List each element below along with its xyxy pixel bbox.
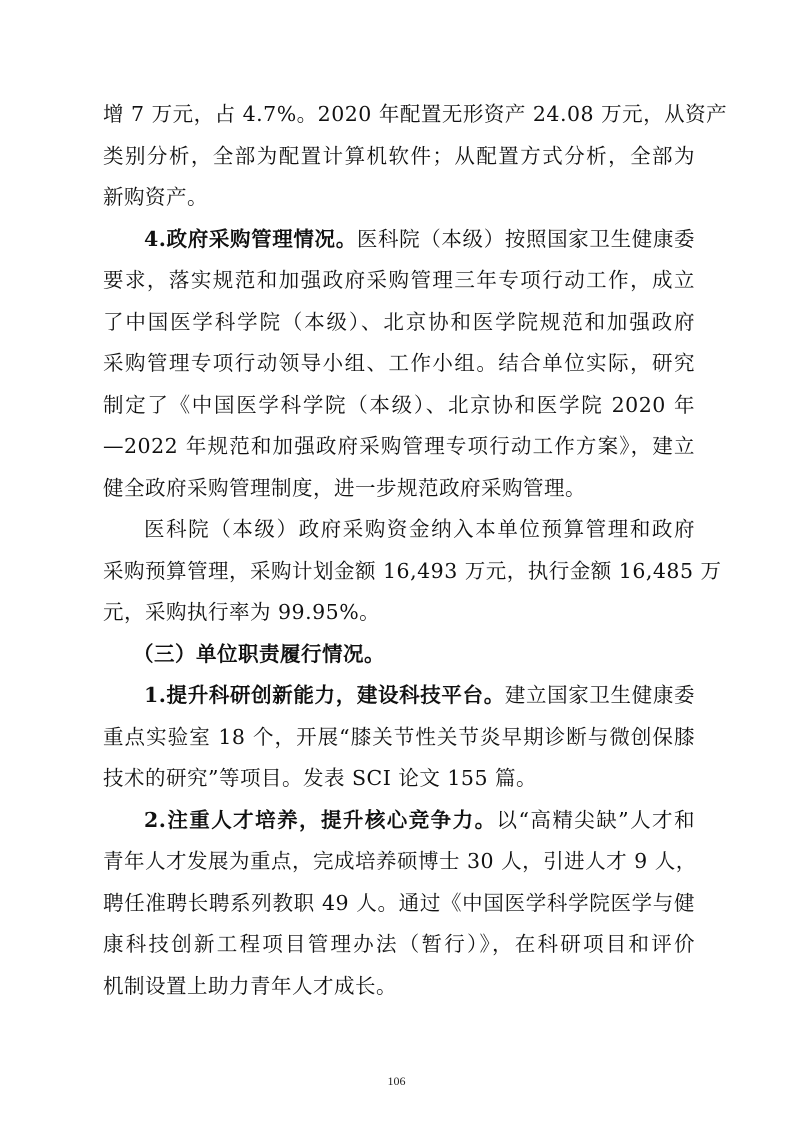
text-line: 增 7 万元，占 4.7%。2020 年配置无形资产 24.08 万元，从资产 <box>103 94 695 136</box>
text-line: 要求，落实规范和加强政府采购管理三年专项行动工作，成立 <box>103 260 695 302</box>
section-heading: （三）单位职责履行情况。 <box>103 634 695 676</box>
text-line: 元，采购执行率为 99.95%。 <box>103 592 695 634</box>
text-run: 建立国家卫生健康委 <box>505 683 695 707</box>
text-line: 采购预算管理，采购计划金额 16,493 万元，执行金额 16,485 万 <box>103 551 695 593</box>
text-line: 制定了《中国医学科学院（本级）、北京协和医学院 2020 年 <box>103 385 695 427</box>
text-run: 医科院（本级）按照国家卫生健康委 <box>357 227 695 251</box>
text-run: 以“高精尖缺”人才和 <box>497 808 695 832</box>
paragraph-heading: 2.注重人才培养，提升核心竞争力。 <box>144 808 497 832</box>
text-line: 2.注重人才培养，提升核心竞争力。以“高精尖缺”人才和 <box>103 800 695 842</box>
text-line: 类别分析，全部为配置计算机软件；从配置方式分析，全部为 <box>103 136 695 178</box>
text-line: 机制设置上助力青年人才成长。 <box>103 966 695 1008</box>
page-number: 106 <box>0 1074 793 1089</box>
paragraph-intangible-assets: 增 7 万元，占 4.7%。2020 年配置无形资产 24.08 万元，从资产 … <box>103 94 695 219</box>
text-line: 医科院（本级）政府采购资金纳入本单位预算管理和政府 <box>103 509 695 551</box>
text-line: 聘任准聘长聘系列教职 49 人。通过《中国医学科学院医学与健 <box>103 883 695 925</box>
text-line: —2022 年规范和加强政府采购管理专项行动工作方案》，建立 <box>103 426 695 468</box>
text-line: 新购资产。 <box>103 177 695 219</box>
text-line: 1.提升科研创新能力，建设科技平台。建立国家卫生健康委 <box>103 675 695 717</box>
paragraph-research-innovation: 1.提升科研创新能力，建设科技平台。建立国家卫生健康委 重点实验室 18 个，开… <box>103 675 695 800</box>
text-line: 了中国医学科学院（本级）、北京协和医学院规范和加强政府 <box>103 302 695 344</box>
text-line: 4.政府采购管理情况。医科院（本级）按照国家卫生健康委 <box>103 219 695 261</box>
paragraph-procurement-management: 4.政府采购管理情况。医科院（本级）按照国家卫生健康委 要求，落实规范和加强政府… <box>103 219 695 510</box>
paragraph-procurement-budget: 医科院（本级）政府采购资金纳入本单位预算管理和政府 采购预算管理，采购计划金额 … <box>103 509 695 634</box>
text-line: 技术的研究”等项目。发表 SCI 论文 155 篇。 <box>103 758 695 800</box>
paragraph-heading: 4.政府采购管理情况。 <box>144 227 357 251</box>
document-body: 增 7 万元，占 4.7%。2020 年配置无形资产 24.08 万元，从资产 … <box>103 94 695 1007</box>
text-line: 重点实验室 18 个，开展“膝关节性关节炎早期诊断与微创保膝 <box>103 717 695 759</box>
paragraph-talent-cultivation: 2.注重人才培养，提升核心竞争力。以“高精尖缺”人才和 青年人才发展为重点，完成… <box>103 800 695 1008</box>
text-line: 健全政府采购管理制度，进一步规范政府采购管理。 <box>103 468 695 510</box>
text-line: 康科技创新工程项目管理办法（暂行）》，在科研项目和评价 <box>103 924 695 966</box>
text-line: 采购管理专项行动领导小组、工作小组。结合单位实际，研究 <box>103 343 695 385</box>
document-page: 增 7 万元，占 4.7%。2020 年配置无形资产 24.08 万元，从资产 … <box>0 0 793 1122</box>
paragraph-heading: 1.提升科研创新能力，建设科技平台。 <box>144 683 505 707</box>
text-line: 青年人才发展为重点，完成培养硕博士 30 人，引进人才 9 人， <box>103 841 695 883</box>
